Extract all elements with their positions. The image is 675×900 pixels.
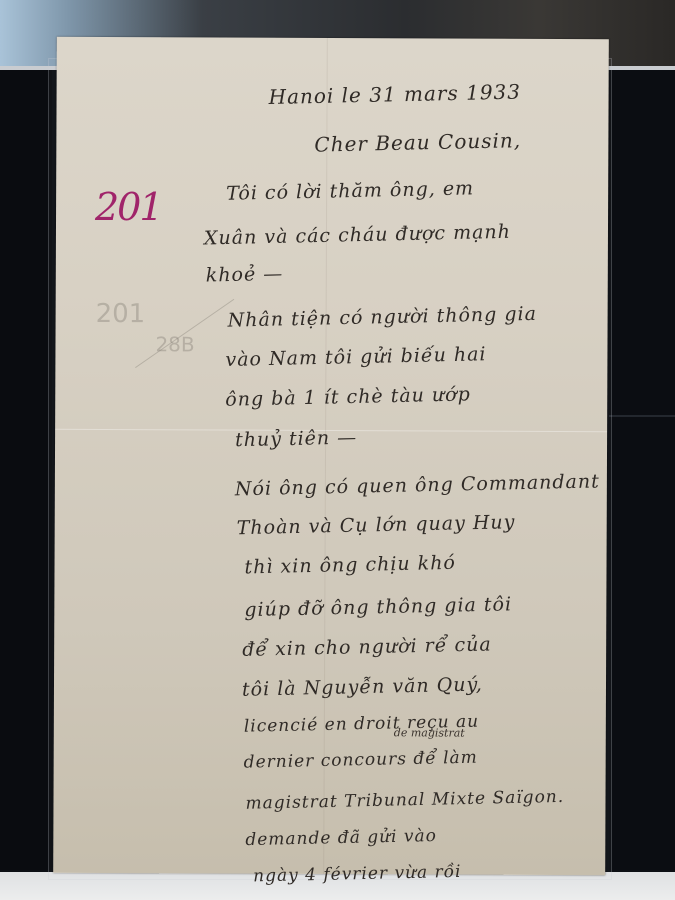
letter-line: dernier concours để làm: [243, 748, 478, 773]
letter-line: ông bà 1 ít chè tàu ướp: [225, 383, 471, 410]
archive-number: 201: [95, 185, 162, 229]
letter-line: magistrat Tribunal Mixte Saïgon.: [245, 787, 564, 814]
pencil-archive-mark-2: 28B: [155, 332, 194, 356]
letter-line: Xuân và các cháu được mạnh: [204, 221, 511, 250]
letter-line: Tôi có lời thăm ông, em: [226, 177, 474, 204]
letter-line: Nhân tiện có người thông gia: [227, 303, 537, 332]
letter-line: Nói ông có quen ông Commandant: [235, 470, 600, 500]
letter-line: thì xin ông chịu khó: [244, 552, 456, 579]
letter-line: giúp đỡ ông thông gia tôi: [244, 593, 512, 621]
letter-line: để xin cho người rể của: [242, 633, 492, 660]
letter-line: vào Nam tôi gửi biếu hai: [225, 343, 487, 371]
letter-line: thuỷ tiên —: [235, 427, 358, 452]
letter-line: tôi là Nguyễn văn Quý,: [242, 674, 483, 701]
letter-line: khoẻ —: [206, 263, 284, 287]
letter-paper: 201 28B Hanoi le 31 mars 1933 Cher Beau …: [53, 37, 609, 875]
pencil-archive-mark: 201: [96, 299, 146, 329]
dateline: Hanoi le 31 mars 1933: [268, 80, 521, 110]
pencil-strike-line: [135, 299, 234, 368]
letter-line: demande đã gửi vào: [245, 826, 437, 850]
insertion-note: de magistrat: [394, 726, 465, 739]
display-case-left: [0, 70, 52, 870]
display-case-right: [609, 70, 675, 870]
letter-line: Thoàn và Cụ lớn quay Huy: [236, 511, 515, 539]
salutation: Cher Beau Cousin,: [314, 128, 521, 157]
